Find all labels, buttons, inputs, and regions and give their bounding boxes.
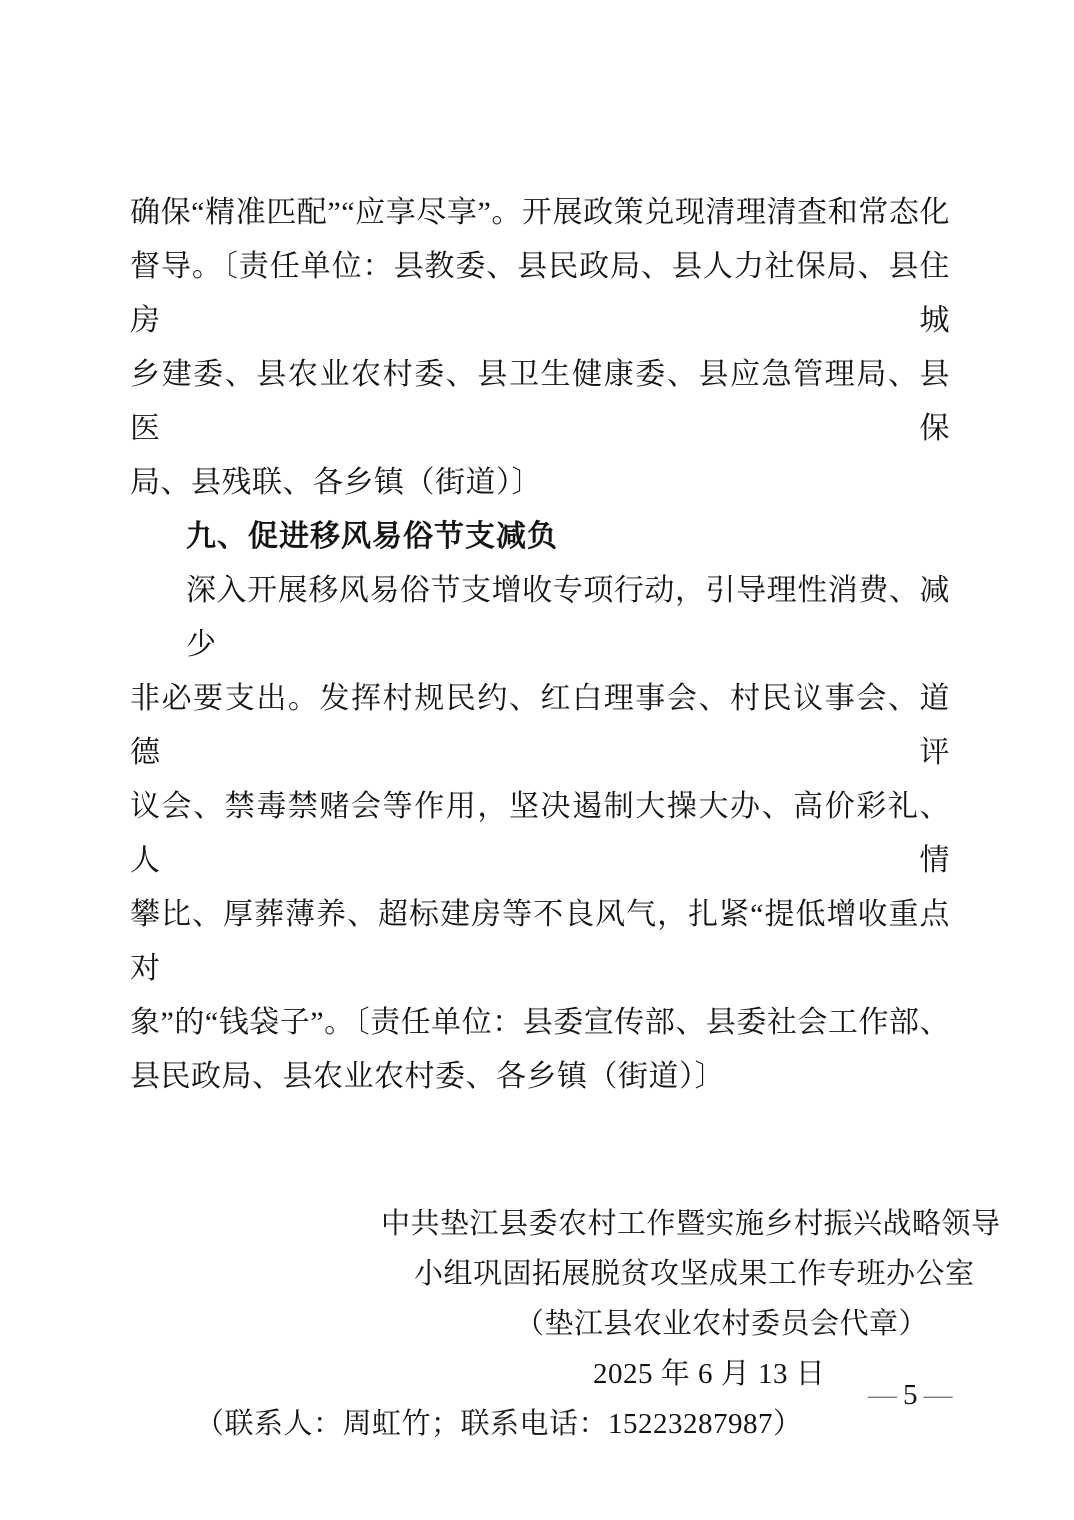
signature-seal-note: （垫江县农业农村委员会代章） xyxy=(515,1299,950,1349)
paragraph2-line-5: 象”的“钱袋子”。〔责任单位：县委宣传部、县委社会工作部、 xyxy=(130,996,950,1050)
paragraph1-line-2: 督导。〔责任单位：县教委、县民政局、县人力社保局、县住房城 xyxy=(130,240,950,348)
page-number-right-dash: — xyxy=(918,1379,959,1411)
document-body: 确保“精准匹配”“应享尽享”。开展政策兑现清理清查和常态化 督导。〔责任单位：县… xyxy=(130,186,950,1449)
paragraph1-line-1: 确保“精准匹配”“应享尽享”。开展政策兑现清理清查和常态化 xyxy=(130,186,950,240)
signature-org-line-1: 中共垫江县委农村工作暨实施乡村振兴战略领导 xyxy=(381,1199,950,1249)
paragraph2-line-6: 县民政局、县农业农村委、各乡镇（街道）〕 xyxy=(130,1050,950,1104)
contact-line: （联系人：周虹竹；联系电话：15223287987） xyxy=(195,1399,950,1449)
page-number: —5— xyxy=(862,1370,959,1420)
signature-org-line-2: 小组巩固拓展脱贫攻坚成果工作专班办公室 xyxy=(414,1249,950,1299)
signature-block: 中共垫江县委农村工作暨实施乡村振兴战略领导 小组巩固拓展脱贫攻坚成果工作专班办公… xyxy=(130,1199,950,1449)
page-number-left-dash: — xyxy=(862,1379,903,1411)
paragraph2-line-2: 非必要支出。发挥村规民约、红白理事会、村民议事会、道德评 xyxy=(130,672,950,780)
paragraph1-line-3: 乡建委、县农业农村委、县卫生健康委、县应急管理局、县医保 xyxy=(130,348,950,456)
paragraph2-line-1: 深入开展移风易俗节支增收专项行动，引导理性消费、减少 xyxy=(130,564,950,672)
section-heading: 九、促进移风易俗节支减负 xyxy=(130,510,950,564)
paragraph2-line-4: 攀比、厚葬薄养、超标建房等不良风气，扎紧“提低增收重点对 xyxy=(130,888,950,996)
paragraph1-line-4: 局、县残联、各乡镇（街道）〕 xyxy=(130,456,950,510)
paragraph2-line-3: 议会、禁毒禁赌会等作用，坚决遏制大操大办、高价彩礼、人情 xyxy=(130,780,950,888)
document-page: 确保“精准匹配”“应享尽享”。开展政策兑现清理清查和常态化 督导。〔责任单位：县… xyxy=(0,0,1074,1520)
page-number-value: 5 xyxy=(903,1379,918,1411)
